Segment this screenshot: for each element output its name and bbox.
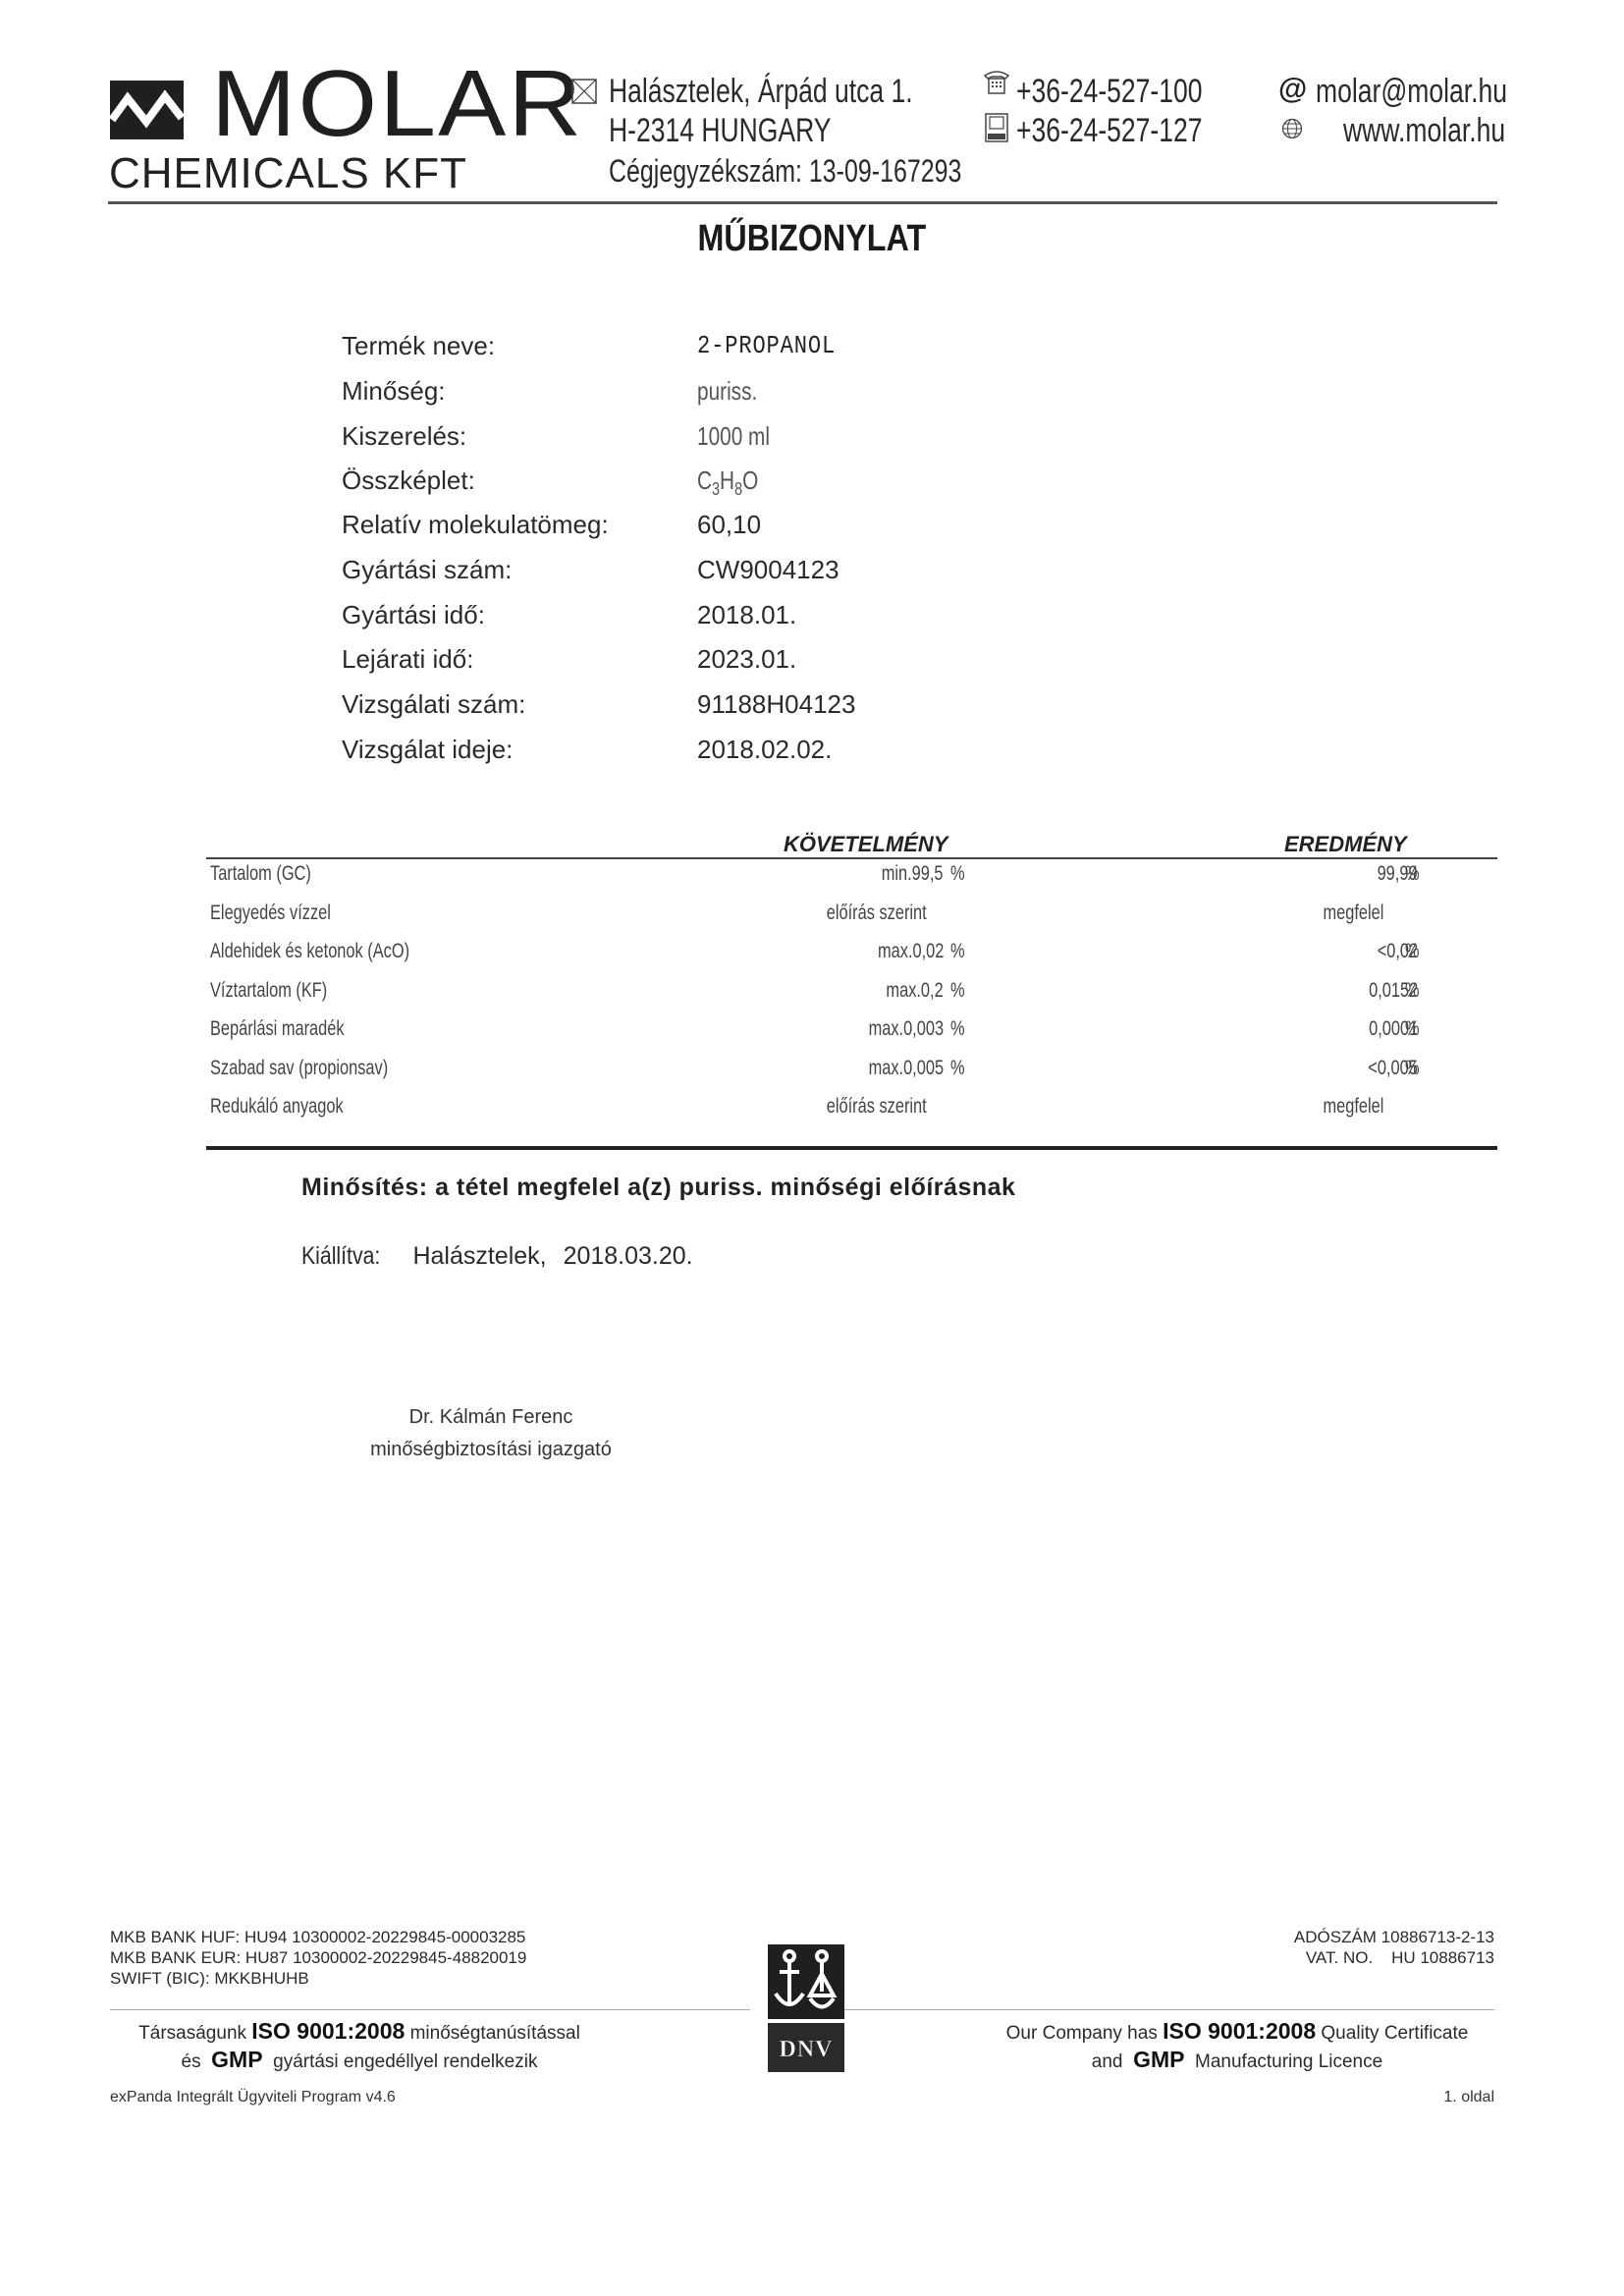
test-name: Víztartalom (KF) — [210, 979, 327, 1003]
test-date-value: 2018.02.02. — [697, 735, 832, 765]
requirement-unit: % — [950, 979, 965, 1003]
anchor-scales-icon: DNV — [768, 1944, 844, 2072]
packaging-label: Kiszerelés: — [342, 421, 466, 452]
test-number-label: Vizsgálati szám: — [342, 689, 525, 720]
address-line-2: H-2314 HUNGARY — [609, 114, 831, 147]
formula-value: C3H8O — [697, 465, 758, 500]
test-name: Szabad sav (propionsav) — [210, 1057, 388, 1080]
requirement-value: max.0,02 — [878, 940, 944, 963]
software-credit: exPanda Integrált Ügyviteli Program v4.6 — [110, 2090, 396, 2105]
requirement-value: max.0,003 — [869, 1017, 944, 1041]
company-logo-name: MOLAR — [211, 57, 584, 151]
page-number: 1. oldal — [1443, 2090, 1494, 2105]
fax-icon — [984, 112, 1009, 143]
result-unit: % — [1405, 940, 1420, 963]
globe-icon — [1281, 118, 1303, 139]
batch-number-value: CW9004123 — [697, 555, 839, 585]
svg-text:DNV: DNV — [780, 2037, 834, 2062]
molecular-weight-label: Relatív molekulatömeg: — [342, 510, 609, 540]
phone-number[interactable]: +36-24-527-100 — [1016, 75, 1202, 108]
test-number-value: 91188H04123 — [697, 689, 855, 720]
company-registry-number: Cégjegyzékszám: 13-09-167293 — [609, 155, 961, 187]
tax-number: ADÓSZÁM 10886713-2-13 — [1294, 1929, 1494, 1945]
issued-place: Halásztelek, — [412, 1242, 546, 1270]
formula-label: Összképlet: — [342, 465, 475, 496]
issued-label: Kiállítva: — [301, 1242, 380, 1271]
molecular-weight-value: 60,10 — [697, 510, 761, 540]
requirement-value: előírás szerint — [827, 902, 927, 925]
bank-account-huf: MKB BANK HUF: HU94 10300002-20229845-000… — [110, 1929, 525, 1945]
header-divider — [108, 201, 1497, 204]
signatory-title: minőségbiztosítási igazgató — [0, 1439, 982, 1461]
requirement-unit: % — [950, 1017, 965, 1041]
requirement-unit: % — [950, 1057, 965, 1080]
molar-logo-icon — [110, 81, 184, 139]
result-value: megfelel — [1323, 1095, 1383, 1119]
production-date-label: Gyártási idő: — [342, 600, 485, 630]
vat-number: VAT. NO. HU 10886713 — [1306, 1949, 1494, 1966]
dnv-certification-logo: DNV — [768, 1944, 844, 2072]
test-name: Elegyedés vízzel — [210, 902, 331, 925]
requirement-value: max.0,005 — [869, 1057, 944, 1080]
test-name: Aldehidek és ketonok (AcO) — [210, 940, 409, 963]
requirement-value: min.99,5 — [882, 862, 944, 886]
quality-label: Minőség: — [342, 376, 446, 407]
envelope-icon — [571, 79, 597, 104]
document-title: MŰBIZONYLAT — [0, 218, 1624, 260]
requirement-unit: % — [950, 940, 965, 963]
column-header-result: EREDMÉNY — [1284, 832, 1407, 857]
website-link[interactable]: www.molar.hu — [1343, 114, 1505, 147]
fax-number[interactable]: +36-24-527-127 — [1016, 114, 1202, 147]
test-date-label: Vizsgálat ideje: — [342, 735, 513, 765]
table-header-divider — [206, 857, 1497, 859]
expiry-date-value: 2023.01. — [697, 644, 796, 675]
test-name: Tartalom (GC) — [210, 862, 311, 886]
column-header-requirement: KÖVETELMÉNY — [784, 832, 947, 857]
packaging-value: 1000 ml — [697, 421, 770, 452]
expiry-date-label: Lejárati idő: — [342, 644, 473, 675]
product-name-label: Termék neve: — [342, 331, 495, 361]
test-name: Bepárlási maradék — [210, 1017, 345, 1041]
issued-date: 2018.03.20. — [564, 1242, 693, 1270]
at-sign-icon: @ — [1278, 73, 1307, 106]
qualification-statement: Minősítés: a tétel megfelel a(z) puriss.… — [301, 1174, 1015, 1202]
table-bottom-divider — [206, 1146, 1497, 1150]
result-unit: % — [1405, 1057, 1420, 1080]
signatory-name: Dr. Kálmán Ferenc — [0, 1406, 982, 1429]
email-link[interactable]: molar@molar.hu — [1316, 75, 1507, 108]
certification-english: Our Company has ISO 9001:2008 Quality Ce… — [972, 2017, 1502, 2074]
footer-divider-left — [110, 2009, 750, 2010]
quality-value: puriss. — [697, 376, 757, 407]
production-date-value: 2018.01. — [697, 600, 796, 630]
footer-divider-right — [830, 2009, 1494, 2010]
issued-line: Kiállítva: Halásztelek, 2018.03.20. — [301, 1242, 693, 1271]
batch-number-label: Gyártási szám: — [342, 555, 512, 585]
address-line-1: Halásztelek, Árpád utca 1. — [609, 75, 913, 108]
product-name-value: 2-PROPANOL — [697, 331, 836, 360]
result-unit: % — [1405, 862, 1420, 886]
certification-hungarian: Társaságunk ISO 9001:2008 minőségtanúsít… — [114, 2017, 605, 2074]
result-unit: % — [1405, 979, 1420, 1003]
swift-code: SWIFT (BIC): MKKBHUHB — [110, 1970, 309, 1987]
company-logo-subtitle: CHEMICALS KFT — [109, 152, 467, 195]
bank-account-eur: MKB BANK EUR: HU87 10300002-20229845-488… — [110, 1949, 526, 1966]
result-unit: % — [1405, 1017, 1420, 1041]
requirement-value: előírás szerint — [827, 1095, 927, 1119]
requirement-unit: % — [950, 862, 965, 886]
result-value: megfelel — [1323, 902, 1383, 925]
telephone-icon — [982, 67, 1011, 96]
requirement-value: max.0,2 — [887, 979, 944, 1003]
test-name: Redukáló anyagok — [210, 1095, 344, 1119]
